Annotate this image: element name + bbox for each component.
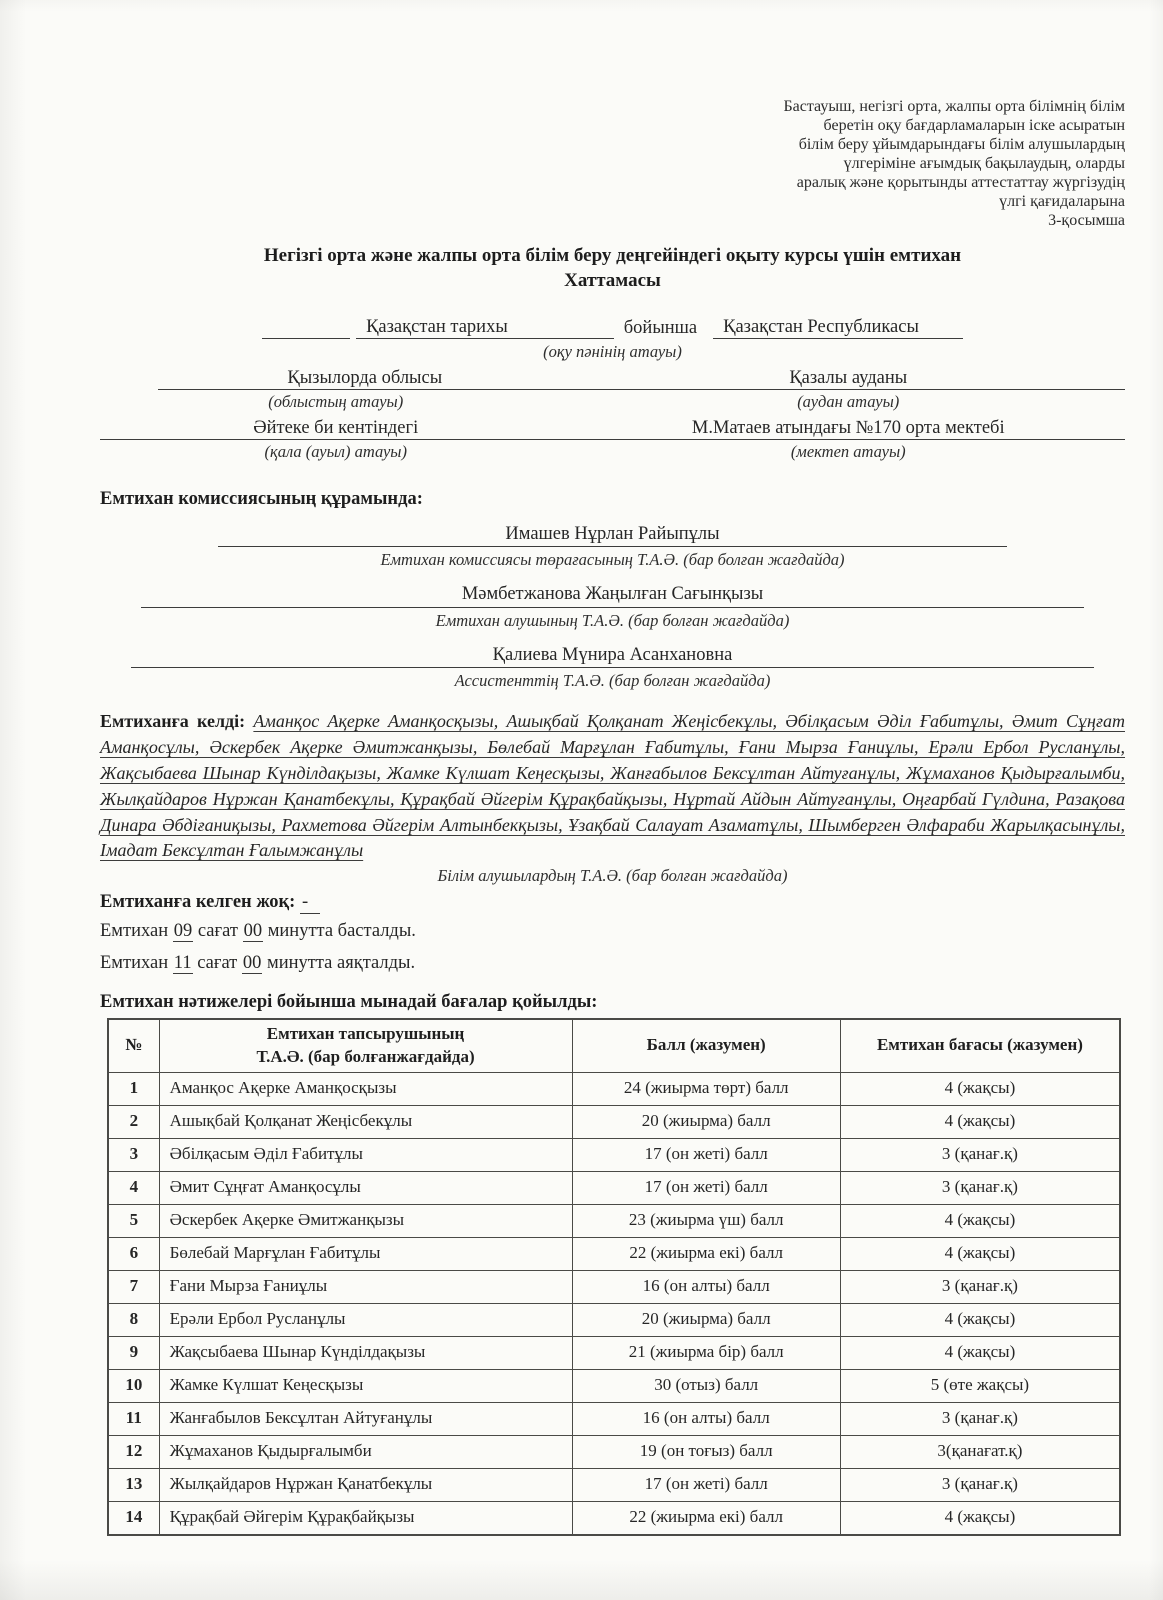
scanned-document-page: Бастауыш, негізгі орта, жалпы орта білім… xyxy=(0,0,1163,1600)
region-captions: (облыстың атауы) (аудан атауы) xyxy=(100,392,1125,413)
row-number: 7 xyxy=(108,1270,159,1303)
table-row: 5Әскербек Ақерке Әмитжанқызы23 (жиырма ү… xyxy=(108,1204,1120,1237)
grade: 4 (жақсы) xyxy=(840,1105,1120,1138)
row-number: 8 xyxy=(108,1303,159,1336)
row-number: 10 xyxy=(108,1369,159,1402)
end-word: сағат xyxy=(197,953,237,973)
grade: 3(қанағат.қ) xyxy=(840,1435,1120,1468)
results-caption: Емтихан нәтижелері бойынша мынадай бағал… xyxy=(100,992,1125,1013)
grade: 3 (қанағ.қ) xyxy=(840,1402,1120,1435)
header-score: Балл (жазумен) xyxy=(572,1019,840,1073)
header-student: Емтихан тапсырушының Т.А.Ә. (бар болғанж… xyxy=(159,1019,572,1073)
district-value: Қазалы ауданы xyxy=(572,368,1126,390)
results-table: № Емтихан тапсырушының Т.А.Ә. (бар болға… xyxy=(107,1018,1121,1536)
commission-assistant-caption: Ассистенттің Т.А.Ә. (бар болған жағдайда… xyxy=(100,671,1125,692)
row-number: 1 xyxy=(108,1072,159,1105)
grade: 4 (жақсы) xyxy=(840,1336,1120,1369)
student-name: Жамке Күлшат Кеңесқызы xyxy=(159,1369,572,1402)
score: 24 (жиырма төрт) балл xyxy=(572,1072,840,1105)
score: 16 (он алты) балл xyxy=(572,1402,840,1435)
grade: 4 (жақсы) xyxy=(840,1072,1120,1105)
score: 22 (жиырма екі) балл xyxy=(572,1237,840,1270)
table-row: 13Жылқайдаров Нұржан Қанатбекұлы17 (он ж… xyxy=(108,1468,1120,1501)
blank-underline-segment xyxy=(518,338,614,339)
grade: 4 (жақсы) xyxy=(840,1237,1120,1270)
student-name: Ғани Мырза Ғаниұлы xyxy=(159,1270,572,1303)
student-name: Жақсыбаева Шынар Күнділдақызы xyxy=(159,1336,572,1369)
table-row: 3Әбілқасым Әділ Ғабитұлы17 (он жеті) бал… xyxy=(108,1138,1120,1171)
commission-member: Мәмбетжанова Жаңылған Сағынқызы Емтихан … xyxy=(100,583,1125,631)
commission-examiner-caption: Емтихан алушының Т.А.Ә. (бар болған жағд… xyxy=(100,611,1125,632)
region-row: Қызылорда облысы Қазалы ауданы xyxy=(100,368,1125,390)
table-row: 12Жұмаханов Қыдырғалымби19 (он тоғыз) ба… xyxy=(108,1435,1120,1468)
row-number: 11 xyxy=(108,1402,159,1435)
end-minute: 00 xyxy=(242,953,263,974)
city-value: Әйтеке би кентіндегі xyxy=(100,418,572,440)
header-grade: Емтихан бағасы (жазумен) xyxy=(840,1019,1120,1073)
row-number: 6 xyxy=(108,1237,159,1270)
commission-assistant-name: Қалиева Мүнира Асанхановна xyxy=(131,644,1095,668)
results-table-body: 1Аманқос Ақерке Аманқосқызы24 (жиырма тө… xyxy=(108,1072,1120,1535)
commission-heading: Емтихан комиссиясының құрамында: xyxy=(100,489,1125,510)
school-caption: (мектеп атауы) xyxy=(572,442,1126,463)
grade: 3 (қанағ.қ) xyxy=(840,1270,1120,1303)
commission-chair-caption: Емтихан комиссиясы төрағасының Т.А.Ә. (б… xyxy=(100,550,1125,571)
commission-member: Имашев Нұрлан Райыпұлы Емтихан комиссияс… xyxy=(100,523,1125,571)
start-hour: 09 xyxy=(173,921,194,942)
score: 23 (жиырма үш) балл xyxy=(572,1204,840,1237)
student-name: Бөлебай Марғұлан Ғабитұлы xyxy=(159,1237,572,1270)
row-number: 9 xyxy=(108,1336,159,1369)
commission-examiner-name: Мәмбетжанова Жаңылған Сағынқызы xyxy=(141,583,1084,607)
start-prefix: Емтихан xyxy=(100,921,168,941)
attendees-names: Аманқос Ақерке Аманқосқызы, Ашықбай Қолқ… xyxy=(100,711,1125,861)
attendees-label: Емтиханға келді: xyxy=(100,711,253,731)
score: 17 (он жеті) балл xyxy=(572,1468,840,1501)
city-row: Әйтеке би кентіндегі М.Матаев атындағы №… xyxy=(100,418,1125,440)
row-number: 13 xyxy=(108,1468,159,1501)
grade: 4 (жақсы) xyxy=(840,1501,1120,1535)
student-name: Әскербек Ақерке Әмитжанқызы xyxy=(159,1204,572,1237)
row-number: 12 xyxy=(108,1435,159,1468)
start-minute: 00 xyxy=(243,921,264,942)
subject-connector: бойынша xyxy=(624,318,697,339)
start-word: сағат xyxy=(198,921,238,941)
table-row: 11Жанғабылов Бексұлтан Айтуғанұлы16 (он … xyxy=(108,1402,1120,1435)
grade: 4 (жақсы) xyxy=(840,1204,1120,1237)
row-number: 3 xyxy=(108,1138,159,1171)
row-number: 4 xyxy=(108,1171,159,1204)
document-title-line1: Негізгі орта және жалпы орта білім беру … xyxy=(100,243,1125,268)
district-caption: (аудан атауы) xyxy=(572,392,1126,413)
subject-name: Қазақстан тарихы xyxy=(356,317,518,339)
end-hour: 11 xyxy=(173,953,193,974)
score: 17 (он жеті) балл xyxy=(572,1138,840,1171)
score: 21 (жиырма бір) балл xyxy=(572,1336,840,1369)
absent-value: - xyxy=(300,892,320,914)
row-number: 2 xyxy=(108,1105,159,1138)
attendees-paragraph: Емтиханға келді: Аманқос Ақерке Аманқосқ… xyxy=(100,709,1125,864)
student-name: Жылқайдаров Нұржан Қанатбекұлы xyxy=(159,1468,572,1501)
student-name: Ерәли Ербол Русланұлы xyxy=(159,1303,572,1336)
score: 17 (он жеті) балл xyxy=(572,1171,840,1204)
commission-chair-name: Имашев Нұрлан Райыпұлы xyxy=(218,523,1007,547)
grade: 5 (өте жақсы) xyxy=(840,1369,1120,1402)
region-value: Қызылорда облысы xyxy=(158,368,572,390)
table-row: 10Жамке Күлшат Кеңесқызы30 (отыз) балл5 … xyxy=(108,1369,1120,1402)
grade: 3 (қанағ.қ) xyxy=(840,1171,1120,1204)
table-row: 1Аманқос Ақерке Аманқосқызы24 (жиырма тө… xyxy=(108,1072,1120,1105)
student-name: Жанғабылов Бексұлтан Айтуғанұлы xyxy=(159,1402,572,1435)
appendix-note: Бастауыш, негізгі орта, жалпы орта білім… xyxy=(100,98,1125,231)
document-title-line2: Хаттамасы xyxy=(100,268,1125,293)
grade: 3 (қанағ.қ) xyxy=(840,1468,1120,1501)
table-row: 4Әмит Сұңғат Аманқосұлы17 (он жеті) балл… xyxy=(108,1171,1120,1204)
document-title: Негізгі орта және жалпы орта білім беру … xyxy=(100,243,1125,293)
student-name: Аманқос Ақерке Аманқосқызы xyxy=(159,1072,572,1105)
commission-member: Қалиева Мүнира Асанхановна Ассистенттің … xyxy=(100,644,1125,692)
city-caption: (қала (ауыл) атауы) xyxy=(100,442,572,463)
score: 22 (жиырма екі) балл xyxy=(572,1501,840,1535)
exam-start-line: Емтихан 09 сағат 00 минутта басталды. xyxy=(100,918,1125,946)
score: 30 (отыз) балл xyxy=(572,1369,840,1402)
row-number: 14 xyxy=(108,1501,159,1535)
table-row: 2Ашықбай Қолқанат Жеңісбекұлы20 (жиырма)… xyxy=(108,1105,1120,1138)
table-row: 8Ерәли Ербол Русланұлы20 (жиырма) балл4 … xyxy=(108,1303,1120,1336)
score: 16 (он алты) балл xyxy=(572,1270,840,1303)
start-suffix: минутта басталды. xyxy=(268,921,416,941)
city-captions: (қала (ауыл) атауы) (мектеп атауы) xyxy=(100,442,1125,463)
student-name: Әмит Сұңғат Аманқосұлы xyxy=(159,1171,572,1204)
absent-line: Емтиханға келген жоқ: - xyxy=(100,892,1125,914)
grade: 3 (қанағ.қ) xyxy=(840,1138,1120,1171)
student-name: Құрақбай Әйгерім Құрақбайқызы xyxy=(159,1501,572,1535)
row-number: 5 xyxy=(108,1204,159,1237)
absent-label: Емтиханға келген жоқ: xyxy=(100,892,295,912)
results-table-head: № Емтихан тапсырушының Т.А.Ә. (бар болға… xyxy=(108,1019,1120,1073)
grade: 4 (жақсы) xyxy=(840,1303,1120,1336)
table-row: 14Құрақбай Әйгерім Құрақбайқызы22 (жиырм… xyxy=(108,1501,1120,1535)
subject-row: Қазақстан тарихы бойынша Қазақстан Респу… xyxy=(100,317,1125,339)
end-suffix: минутта аяқталды. xyxy=(267,953,415,973)
student-name: Жұмаханов Қыдырғалымби xyxy=(159,1435,572,1468)
end-prefix: Емтихан xyxy=(100,953,168,973)
score: 20 (жиырма) балл xyxy=(572,1303,840,1336)
subject-caption: (оқу пәнінің атауы) xyxy=(100,342,1125,363)
table-row: 6Бөлебай Марғұлан Ғабитұлы22 (жиырма екі… xyxy=(108,1237,1120,1270)
results-header-row: № Емтихан тапсырушының Т.А.Ә. (бар болға… xyxy=(108,1019,1120,1073)
table-row: 9Жақсыбаева Шынар Күнділдақызы21 (жиырма… xyxy=(108,1336,1120,1369)
school-value: М.Матаев атындағы №170 орта мектебі xyxy=(572,418,1126,440)
country-name: Қазақстан Республикасы xyxy=(713,317,929,339)
blank-underline-segment xyxy=(929,338,963,339)
student-name: Ашықбай Қолқанат Жеңісбекұлы xyxy=(159,1105,572,1138)
region-caption: (облыстың атауы) xyxy=(100,392,572,413)
blank-underline-segment xyxy=(262,338,350,339)
score: 20 (жиырма) балл xyxy=(572,1105,840,1138)
header-number: № xyxy=(108,1019,159,1073)
score: 19 (он тоғыз) балл xyxy=(572,1435,840,1468)
attendees-caption: Білім алушылардың Т.А.Ә. (бар болған жағ… xyxy=(100,866,1125,887)
exam-end-line: Емтихан 11 сағат 00 минутта аяқталды. xyxy=(100,950,1125,978)
student-name: Әбілқасым Әділ Ғабитұлы xyxy=(159,1138,572,1171)
table-row: 7Ғани Мырза Ғаниұлы16 (он алты) балл3 (қ… xyxy=(108,1270,1120,1303)
document-content: Бастауыш, негізгі орта, жалпы орта білім… xyxy=(0,0,1163,1536)
